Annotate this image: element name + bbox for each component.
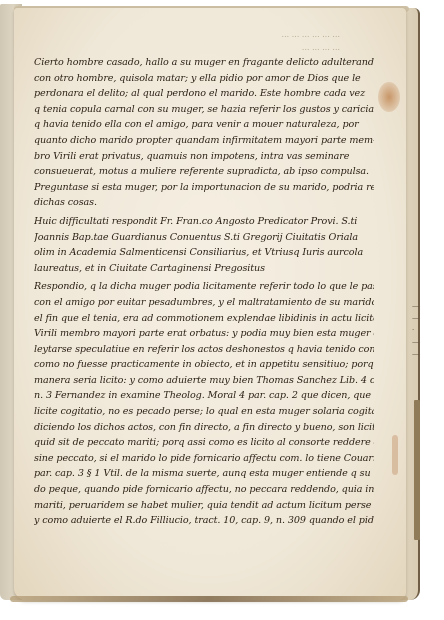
text-line: licite cogitatio, no es pecado perse; lo… [34,404,374,420]
text-line: Cierto hombre casado, hallo a su muger e… [34,55,374,71]
margin-mark: — [412,300,430,312]
text-line: con el amigo por euitar pesadumbres, y e… [34,295,374,311]
manuscript-photo: ... ... ... ... ... ... ... ... ... ... … [0,0,444,620]
text-line: Joannis Bap.tae Guardianus Conuentus S.t… [34,230,374,246]
text-line: consueuerat, motus a muliere referente s… [34,164,374,180]
text-line: laureatus, et in Ciuitate Cartaginensi P… [34,261,374,277]
text-line: Preguntase si esta muger, por la importu… [34,180,374,196]
text-line: manera seria licito: y como aduierte muy… [34,373,374,389]
margin-mark: · [412,324,430,336]
foxing-stain [392,435,398,475]
text-line: mariti, peruaridem se habet mulier, quia… [34,498,374,514]
header-bleedthrough: ... ... ... ... ... ... ... ... ... ... [40,28,340,54]
paragraph-respondent: Huic difficultati respondit Fr. Fran.co … [34,214,374,276]
text-line: como no fuesse practicamente in obiecto,… [34,357,374,373]
foxing-stain [378,82,400,112]
paragraph-question: Cierto hombre casado, hallo a su muger e… [34,55,374,211]
bleed-line: ... ... ... ... ... ... [40,28,340,41]
margin-mark: — [412,336,430,348]
text-line: q havia tenido ella con el amigo, para v… [34,117,374,133]
edge-margin-marks: — — · — — [412,300,430,360]
text-line: perdonara el delito; al qual perdono el … [34,86,374,102]
text-line: Virili membro mayori parte erat orbatus:… [34,326,374,342]
text-line: y como aduierte el R.do Filliucio, tract… [34,513,374,529]
text-line: q tenia copula carnal con su muger, se h… [34,102,374,118]
text-line: Respondio, q la dicha muger podia licita… [34,279,374,295]
text-line: do peque, quando pide fornicario affectu… [34,482,374,498]
page-bottom-edge [10,596,408,602]
text-line: bro Virili erat privatus, quamuis non im… [34,149,374,165]
text-line: leytarse speculatiue en referir los acto… [34,342,374,358]
text-line: par. cap. 3 § 1 Vtil. de la misma suerte… [34,466,374,482]
text-line: quid sit de peccato mariti; porq assi co… [34,435,374,451]
text-line: dichas cosas. [34,195,374,211]
text-line: Huic difficultati respondit Fr. Fran.co … [34,214,374,230]
paragraph-answer: Respondio, q la dicha muger podia licita… [34,279,374,529]
manuscript-text: Cierto hombre casado, hallo a su muger e… [34,55,374,529]
margin-mark: — [412,348,430,360]
text-line: con otro hombre, quisola matar; y ella p… [34,71,374,87]
text-line: diciendo los dichos actos, con fin direc… [34,420,374,436]
text-line: sine peccato, si el marido lo pide forni… [34,451,374,467]
bleed-line: ... ... ... ... [40,41,340,54]
binding-tab [414,400,420,540]
text-line: el fin que el tenia, era ad commotionem … [34,311,374,327]
margin-mark: — [412,312,430,324]
text-line: quanto dicho marido propter quandam infi… [34,133,374,149]
text-line: olim in Academia Salmenticensi Consiliar… [34,245,374,261]
text-line: n. 3 Fernandez in examine Theolog. Moral… [34,388,374,404]
